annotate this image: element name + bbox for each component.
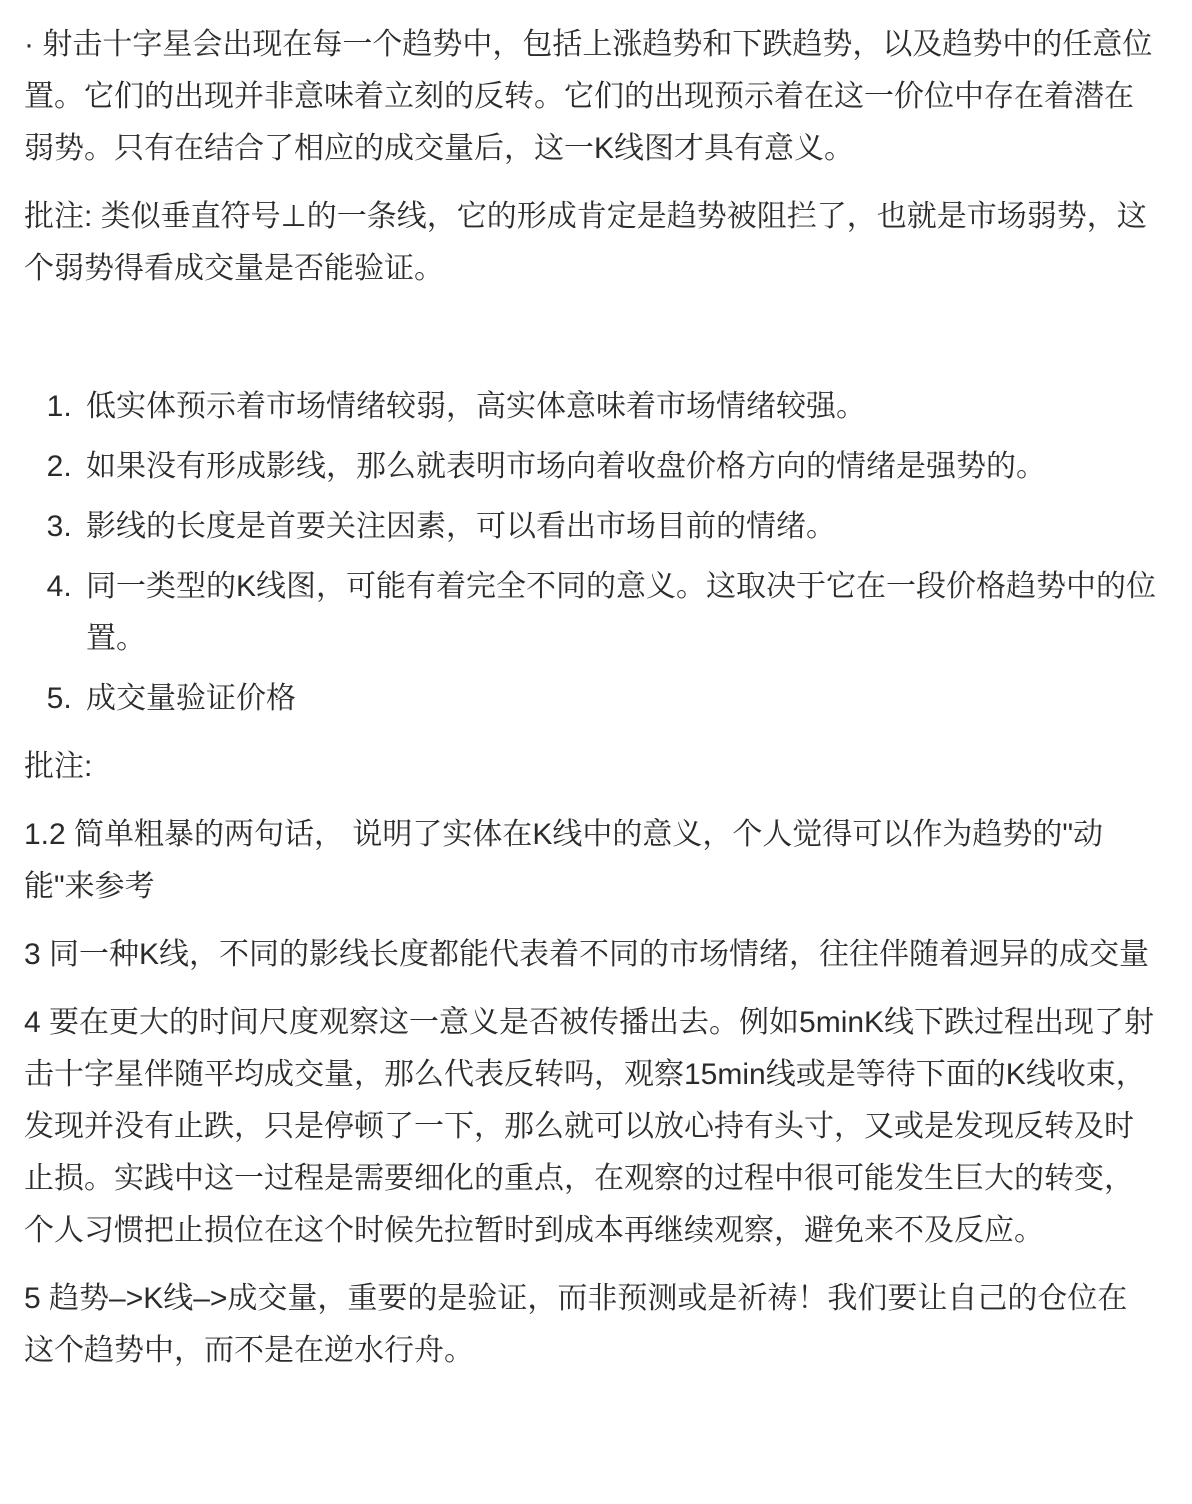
annotation-paragraph-1: 批注: 类似垂直符号⊥的一条线，它的形成肯定是趋势被阻拦了，也就是市场弱势，这个… (24, 191, 1156, 295)
document-page: · 射击十字星会出现在每一个趋势中，包括上涨趋势和下跌趋势，以及趋势中的任意位置… (0, 0, 1192, 1504)
list-item-4: 同一类型的K线图，可能有着完全不同的意义。这取决于它在一段价格趋势中的位置。 (80, 561, 1156, 665)
intro-paragraph: · 射击十字星会出现在每一个趋势中，包括上涨趋势和下跌趋势，以及趋势中的任意位置… (24, 19, 1156, 175)
note-paragraph-1-2: 1.2 简单粗暴的两句话， 说明了实体在K线中的意义，个人觉得可以作为趋势的"动… (24, 809, 1156, 913)
list-item-3: 影线的长度是首要关注因素，可以看出市场目前的情绪。 (80, 501, 1156, 553)
note-paragraph-3: 3 同一种K线，不同的影线长度都能代表着不同的市场情绪，往往伴随着迥异的成交量 (24, 929, 1156, 981)
annotation-label-2: 批注: (24, 741, 1156, 793)
list-item-2: 如果没有形成影线，那么就表明市场向着收盘价格方向的情绪是强势的。 (80, 441, 1156, 493)
list-item-5: 成交量验证价格 (80, 673, 1156, 725)
note-paragraph-4: 4 要在更大的时间尺度观察这一意义是否被传播出去。例如5minK线下跌过程出现了… (24, 997, 1156, 1257)
list-item-1: 低实体预示着市场情绪较弱，高实体意味着市场情绪较强。 (80, 381, 1156, 433)
key-points-list: 低实体预示着市场情绪较弱，高实体意味着市场情绪较强。 如果没有形成影线，那么就表… (24, 381, 1156, 725)
note-paragraph-5: 5 趋势–>K线–>成交量，重要的是验证，而非预测或是祈祷！我们要让自己的仓位在… (24, 1273, 1156, 1377)
